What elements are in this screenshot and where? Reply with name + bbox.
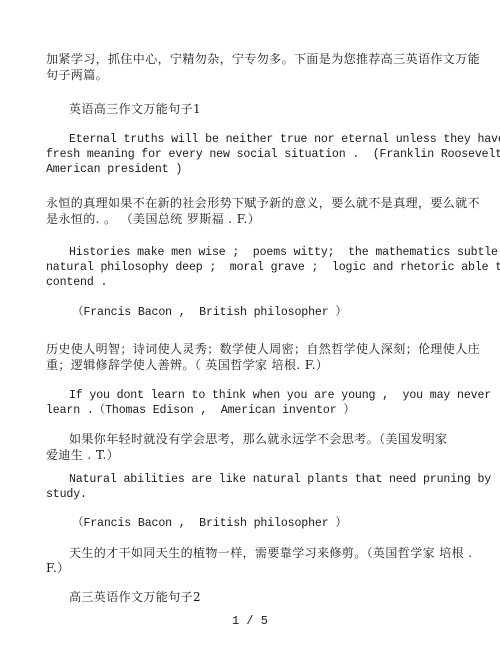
section-1-title: 英语高三作文万能句子1 xyxy=(69,102,201,117)
quote-2-cn-line-2: 重；逻辑修辞学使人善辨。（ 英国哲学家 培根. F.） xyxy=(46,358,328,373)
quote-3-en-line-2: learn .（Thomas Edison , American invento… xyxy=(46,403,355,418)
intro-line-2: 句子两篇。 xyxy=(46,68,108,83)
document-page: 加紧学习，抓住中心，宁精勿杂，宁专勿多。下面是为您推荐高三英语作文万能 句子两篇… xyxy=(0,0,500,647)
quote-2-en-line-3: contend . xyxy=(46,275,107,290)
quote-2-attribution: （Francis Bacon , British philosopher ） xyxy=(72,305,347,320)
quote-1-en-line-3: American president ) xyxy=(46,162,182,177)
quote-3-cn-line-1: 如果你年轻时就没有学会思考，那么就永远学不会思考。（美国发明家 xyxy=(69,432,447,447)
quote-4-cn-line-2: F.） xyxy=(46,561,69,576)
intro-line-1: 加紧学习，抓住中心，宁精勿杂，宁专勿多。下面是为您推荐高三英语作文万能 xyxy=(46,52,480,67)
section-2-title: 高三英语作文万能句子2 xyxy=(69,590,201,605)
quote-2-cn-line-1: 历史使人明智；诗词使人灵秀；数学使人周密；自然哲学使人深刻；伦理使人庄 xyxy=(46,342,480,357)
quote-3-cn-line-2: 爱迪生 . T.） xyxy=(46,448,119,463)
quote-3-en-line-1: If you dont learn to think when you are … xyxy=(69,388,491,403)
quote-1-en-line-2: fresh meaning for every new social situa… xyxy=(46,147,500,162)
quote-2-en-line-1: Histories make men wise ; poems witty; t… xyxy=(69,245,500,260)
quote-4-cn-line-1: 天生的才干如同天生的植物一样，需要靠学习来修剪。（英国哲学家 培根 . xyxy=(69,546,472,561)
quote-4-en-line-1: Natural abilities are like natural plant… xyxy=(69,472,491,487)
quote-4-en-line-2: study. xyxy=(46,487,87,502)
quote-4-attribution: （Francis Bacon , British philosopher ） xyxy=(72,516,347,531)
quote-1-en-line-1: Eternal truths will be neither true nor … xyxy=(69,132,500,147)
quote-1-cn-line-2: 是永恒的. 。 （美国总统 罗斯福 . F.） xyxy=(46,212,260,227)
page-indicator: 1 / 5 xyxy=(0,614,500,628)
quote-2-en-line-2: natural philosophy deep ; moral grave ; … xyxy=(46,260,500,275)
quote-1-cn-line-1: 永恒的真理如果不在新的社会形势下赋予新的意义，要么就不是真理，要么就不 xyxy=(46,196,480,211)
